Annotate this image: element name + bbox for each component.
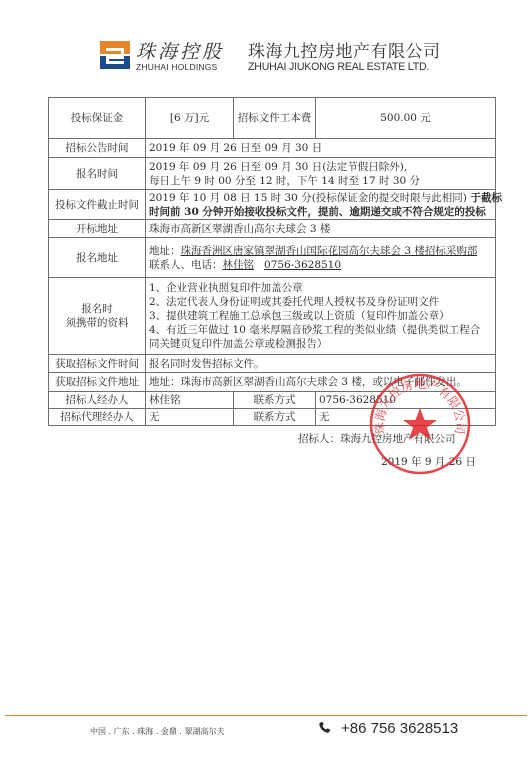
deadline-bold-text: 于截标 — [467, 192, 502, 204]
table-row: 获取招标文件地址 地址：珠海市高新区翠湖香山高尔夫球会 3 楼，或以电子邮件发出… — [49, 373, 496, 392]
notice-time-value: 2019 年 09 月 26 日至 09 月 30 日 — [146, 139, 496, 158]
opening-address-value: 珠海市高新区翠湖香山高尔夫球会 3 楼 — [146, 220, 496, 238]
phone-icon — [318, 721, 331, 734]
table-row: 报名时间 2019 年 09 月 26 日至 09 月 30 日(法定节假日除外… — [49, 158, 496, 190]
reg-contact-name: 林佳铭 — [223, 259, 255, 271]
get-doc-address-value: 地址：珠海市高新区翠湖香山高尔夫球会 3 楼，或以电子邮件发出。 — [146, 373, 496, 392]
reg-address-link: 珠海香洲区唐家镇翠湖香山国际花园高尔夫球会 3 楼招标采购部 — [181, 245, 478, 257]
tenderer-agent-value: 林佳铭 — [146, 392, 234, 409]
reg-time-label: 报名时间 — [49, 158, 146, 190]
deadline-value: 2019 年 10 月 08 日 15 时 30 分(投标保证金的提交时限与此相… — [146, 190, 496, 220]
proxy-agent-label: 招标代理经办人 — [49, 409, 146, 426]
tenderer-contact-value: 0756-3628510 — [316, 392, 496, 409]
get-doc-time-value: 报名同时发售招标文件。 — [146, 355, 496, 373]
reg-contact-prefix: 联系人、电话： — [149, 259, 223, 271]
list-item: 2、法定代表人身份证明或其委托代理人授权书及身份证明文件 — [149, 295, 492, 309]
table-row: 开标地址 珠海市高新区翠湖香山高尔夫球会 3 楼 — [49, 220, 496, 238]
reg-time-line: 每日上午 9 时 00 分至 12 时，下午 14 时至 17 时 30 分 — [149, 174, 492, 188]
logo-chinese-name: 珠海控股 — [136, 37, 224, 64]
company-name-cn: 珠海九控房地产有限公司 — [248, 37, 441, 62]
list-item: 4、有近三年做过 10 毫米厚隔音砂浆工程的类似业绩（提供类似工程合 — [149, 323, 492, 337]
list-item: 3、提供建筑工程施工总承包三级或以上资质（复印件加盖公章） — [149, 309, 492, 323]
reg-address-label: 报名地址 — [49, 238, 146, 278]
materials-label-line: 报名时 — [52, 302, 142, 316]
company-name-en: ZHUHAI JIUKONG REAL ESTATE LTD. — [248, 61, 429, 73]
table-row: 获取招标文件时间 报名同时发售招标文件。 — [49, 355, 496, 373]
footer-phone: +86 756 3628513 — [318, 720, 458, 737]
table-row: 招标人经办人 林佳铭 联系方式 0756-3628510 — [49, 392, 496, 409]
materials-label: 报名时 须携带的资料 — [49, 278, 146, 355]
signature-date: 2019 年 9 月 26 日 — [381, 454, 476, 469]
opening-address-label: 开标地址 — [49, 220, 146, 238]
table-row: 招标代理经办人 无 联系方式 无 — [49, 409, 496, 426]
company-logo-icon — [100, 41, 130, 69]
list-item: 同关键页复印件加盖公章或检测报告） — [149, 337, 492, 351]
deadline-text: 2019 年 10 月 08 日 15 时 30 分(投标保证金的提交时限与此相… — [149, 192, 467, 204]
tenderer-agent-label: 招标人经办人 — [49, 392, 146, 409]
reg-time-value: 2019 年 09 月 26 日至 09 月 30 日(法定节假日除外), 每日… — [146, 158, 496, 190]
letterhead: 珠海控股 ZHUHAI HOLDINGS 珠海九控房地产有限公司 ZHUHAI … — [98, 36, 458, 76]
table-row: 报名地址 地址：珠海香洲区唐家镇翠湖香山国际花园高尔夫球会 3 楼招标采购部 联… — [49, 238, 496, 278]
table-row: 投标文件截止时间 2019 年 10 月 08 日 15 时 30 分(投标保证… — [49, 190, 496, 220]
reg-contact-phone: 0756-3628510 — [264, 259, 341, 271]
tender-info-table: 投标保证金 [6 万]元 招标文件工本费 500.00 元 招标公告时间 201… — [48, 97, 496, 426]
deadline-label: 投标文件截止时间 — [49, 190, 146, 220]
reg-address-value: 地址：珠海香洲区唐家镇翠湖香山国际花园高尔夫球会 3 楼招标采购部 联系人、电话… — [146, 238, 496, 278]
reg-address-prefix: 地址： — [149, 245, 181, 257]
proxy-contact-value: 无 — [316, 409, 496, 426]
tenderer-signature: 招标人：珠海九控房地产有限公司 — [298, 431, 456, 446]
get-doc-time-label: 获取招标文件时间 — [49, 355, 146, 373]
logo-english-name: ZHUHAI HOLDINGS — [136, 62, 217, 72]
tenderer-contact-label: 联系方式 — [234, 392, 316, 409]
doc-fee-value: 500.00 元 — [316, 98, 496, 139]
table-row: 投标保证金 [6 万]元 招标文件工本费 500.00 元 — [49, 98, 496, 139]
notice-time-label: 招标公告时间 — [49, 139, 146, 158]
footer-phone-number: +86 756 3628513 — [341, 720, 458, 737]
deadline-bold-text: 时间前 30 分钟开始接收投标文件，提前、逾期递交或不符合规定的投标 — [149, 205, 492, 219]
doc-fee-label: 招标文件工本费 — [234, 98, 316, 139]
footer-address: 中国 . 广东 . 珠海 . 金鼎 . 翠湖高尔夫 — [90, 726, 225, 737]
reg-time-line: 2019 年 09 月 26 日至 09 月 30 日(法定节假日除外), — [149, 160, 492, 174]
proxy-contact-label: 联系方式 — [234, 409, 316, 426]
get-doc-address-label: 获取招标文件地址 — [49, 373, 146, 392]
table-row: 招标公告时间 2019 年 09 月 26 日至 09 月 30 日 — [49, 139, 496, 158]
materials-list: 1、企业营业执照复印件加盖公章 2、法定代表人身份证明或其委托代理人授权书及身份… — [146, 278, 496, 355]
materials-label-line: 须携带的资料 — [52, 316, 142, 330]
table-row: 报名时 须携带的资料 1、企业营业执照复印件加盖公章 2、法定代表人身份证明或其… — [49, 278, 496, 355]
list-item: 1、企业营业执照复印件加盖公章 — [149, 281, 492, 295]
bid-bond-label: 投标保证金 — [49, 98, 146, 139]
proxy-agent-value: 无 — [146, 409, 234, 426]
footer-divider — [5, 715, 527, 716]
bid-bond-value: [6 万]元 — [146, 98, 234, 139]
